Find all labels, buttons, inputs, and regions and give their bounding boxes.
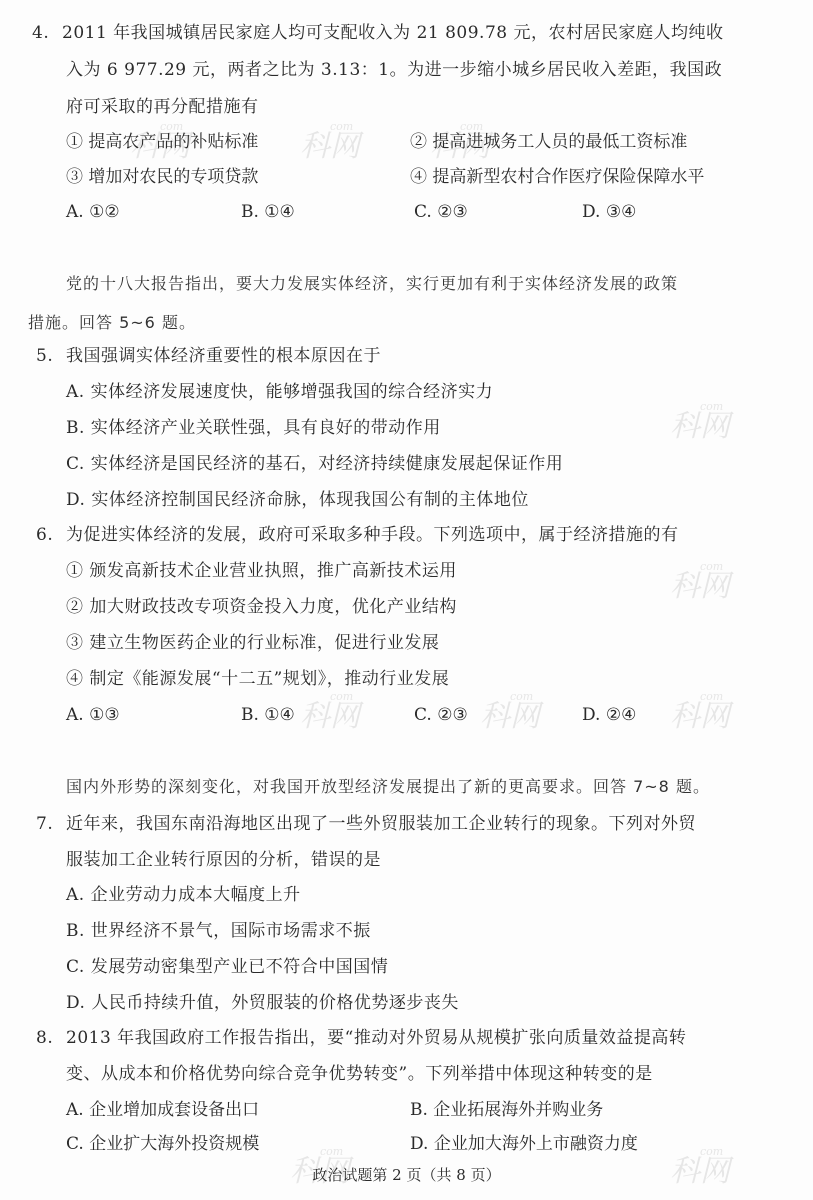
question-number: 6. [36, 524, 66, 546]
watermark: com科网 [300, 690, 360, 735]
choice-d[interactable]: D. ②④ [582, 704, 636, 726]
choice-a[interactable]: A. 实体经济发展速度快，能够增强我国的综合经济实力 [66, 381, 493, 403]
intro-line: 党的十八大报告指出，要大力发展实体经济，实行更加有利于实体经济发展的政策 [66, 273, 678, 295]
question-stem-line: 2013 年我国政府工作报告指出，要“推动对外贸易从规模扩张向质量效益提高转 [66, 1028, 686, 1048]
choice-b[interactable]: B. ①④ [241, 201, 295, 223]
watermark: com科网 [670, 560, 730, 605]
statement-2: ② 加大财政技改专项资金投入力度，优化产业结构 [66, 596, 457, 618]
watermark: com科网 [670, 400, 730, 445]
question-stem-line: 变、从成本和价格优势向综合竞争优势转变”。下列举措中体现这种转变的是 [66, 1063, 653, 1085]
exam-page: com科网 com科网 com科网 com科网 com科网 com科网 com科… [0, 0, 813, 1200]
statement-4: ④ 制定《能源发展“十二五”规划》，推动行业发展 [66, 668, 449, 690]
watermark: com科网 [300, 120, 360, 165]
statement-4: ④ 提高新型农村合作医疗保险保障水平 [410, 166, 704, 188]
watermark: com科网 [670, 690, 730, 735]
choice-c[interactable]: C. 企业扩大海外投资规模 [66, 1133, 259, 1155]
choice-c[interactable]: C. ②③ [414, 704, 468, 726]
watermark: com科网 [480, 690, 540, 735]
choice-a[interactable]: A. 企业劳动力成本大幅度上升 [66, 884, 301, 906]
question-stem-line: 近年来，我国东南沿海地区出现了一些外贸服装加工企业转行的现象。下列对外贸 [66, 814, 696, 834]
question-stem-line: 府可采取的再分配措施有 [66, 96, 259, 118]
intro-line: 措施。回答 5~6 题。 [28, 312, 196, 334]
question-number: 8. [36, 1027, 66, 1049]
intro-line: 国内外形势的深刻变化，对我国开放型经济发展提出了新的更高要求。回答 7~8 题。 [66, 776, 710, 798]
statement-3: ③ 建立生物医药企业的行业标准，促进行业发展 [66, 632, 439, 654]
choice-a[interactable]: A. ①③ [66, 704, 120, 726]
choice-d[interactable]: D. 实体经济控制国民经济命脉，体现我国公有制的主体地位 [66, 489, 529, 511]
choice-b[interactable]: B. 世界经济不景气，国际市场需求不振 [66, 920, 371, 942]
question-number: 7. [36, 813, 66, 835]
question-stem-line: 入为 6 977.29 元，两者之比为 3.13：1。为进一步缩小城乡居民收入差… [66, 59, 722, 81]
choice-a[interactable]: A. ①② [66, 201, 120, 223]
choice-b[interactable]: B. ①④ [241, 704, 295, 726]
question-number: 5. [36, 345, 66, 367]
choice-c[interactable]: C. ②③ [414, 201, 468, 223]
question-stem: 我国强调实体经济重要性的根本原因在于 [66, 346, 381, 366]
choice-d[interactable]: D. 企业加大海外上市融资力度 [410, 1133, 638, 1155]
statement-1: ① 提高农产品的补贴标准 [66, 131, 258, 153]
choice-a[interactable]: A. 企业增加成套设备出口 [66, 1099, 259, 1121]
question-stem-line: 服装加工企业转行原因的分析，错误的是 [66, 849, 381, 871]
page-footer: 政治试题第 2 页（共 8 页） [0, 1164, 813, 1185]
question-stem-line: 2011 年我国城镇居民家庭人均可支配收入为 21 809.78 元，农村居民家… [62, 23, 724, 43]
choice-d[interactable]: D. 人民币持续升值，外贸服装的价格优势逐步丧失 [66, 992, 459, 1014]
choice-c[interactable]: C. 发展劳动密集型产业已不符合中国国情 [66, 956, 388, 978]
statement-1: ① 颁发高新技术企业营业执照，推广高新技术运用 [66, 560, 457, 582]
statement-3: ③ 增加对农民的专项贷款 [66, 166, 258, 188]
choice-d[interactable]: D. ③④ [582, 201, 636, 223]
choice-c[interactable]: C. 实体经济是国民经济的基石，对经济持续健康发展起保证作用 [66, 453, 563, 475]
choice-b[interactable]: B. 实体经济产业关联性强，具有良好的带动作用 [66, 417, 441, 439]
question-number: 4. [32, 22, 62, 44]
statement-2: ② 提高进城务工人员的最低工资标准 [410, 131, 687, 153]
question-stem: 为促进实体经济的发展，政府可采取多种手段。下列选项中，属于经济措施的有 [66, 525, 679, 545]
choice-b[interactable]: B. 企业拓展海外并购业务 [410, 1099, 603, 1121]
